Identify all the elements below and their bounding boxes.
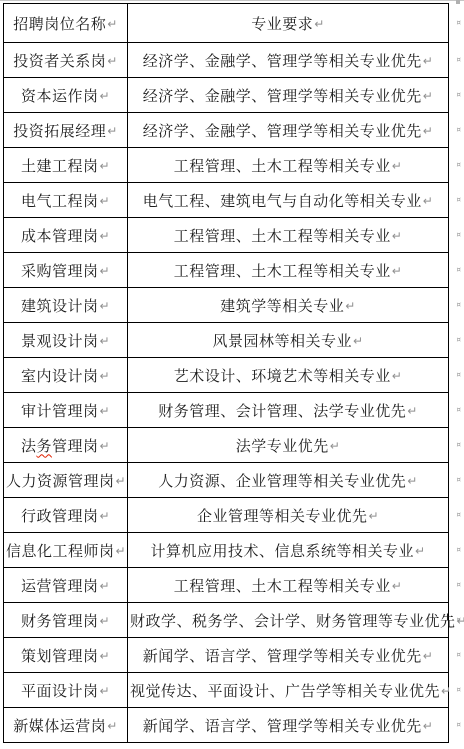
position-cell[interactable]: 法务管理岗↵	[4, 428, 128, 463]
requirement-text: 人力资源、企业管理等相关专业优先	[158, 474, 406, 490]
requirement-cell[interactable]: 工程管理、土木工程等相关专业↵¤	[128, 148, 449, 183]
requirement-cell[interactable]: 经济学、金融学、管理学等相关专业优先↵¤	[128, 113, 449, 148]
row-end-mark-icon: ¤	[457, 616, 461, 624]
requirement-cell[interactable]: 工程管理、土木工程等相关专业↵¤	[128, 218, 449, 253]
position-text: 信息化工程师岗	[6, 544, 115, 560]
requirement-text: 视觉传达、平面设计、广告学等相关专业优先	[130, 684, 440, 700]
requirement-text: 风景园林等相关专业	[212, 334, 352, 350]
paragraph-mark-icon: ↵	[392, 264, 403, 278]
paragraph-mark-icon: ↵	[116, 474, 127, 488]
paragraph-mark-icon: ↵	[345, 299, 356, 313]
position-text-part: 管理岗	[52, 439, 99, 455]
position-cell[interactable]: 投资者关系岗↵	[4, 43, 128, 78]
paragraph-mark-icon: ↵	[423, 124, 434, 138]
paragraph-mark-icon: ↵	[392, 229, 403, 243]
position-text: 审计管理岗	[21, 404, 99, 420]
position-cell[interactable]: 行政管理岗↵	[4, 498, 128, 533]
position-cell[interactable]: 策划管理岗↵	[4, 638, 128, 673]
position-text: 室内设计岗	[21, 369, 99, 385]
requirement-text: 企业管理等相关专业优先	[197, 509, 368, 525]
row-end-mark-icon: ¤	[457, 511, 461, 519]
paragraph-mark-icon: ↵	[107, 54, 118, 68]
requirement-text: 新闻学、语言学、管理学等相关专业优先	[143, 649, 422, 665]
row-end-mark-icon	[456, 0, 460, 4]
requirement-text: 经济学、金融学、管理学等相关专业优先	[143, 124, 422, 140]
position-text: 成本管理岗	[21, 229, 99, 245]
row-end-mark-icon: ¤	[457, 476, 461, 484]
paragraph-mark-icon: ↵	[423, 194, 434, 208]
page-top-rule	[0, 0, 464, 1]
row-end-mark-icon: ¤	[457, 546, 461, 554]
position-cell[interactable]: 资本运作岗↵	[4, 78, 128, 113]
paragraph-mark-icon: ↵	[99, 264, 110, 278]
paragraph-mark-icon: ↵	[99, 159, 110, 173]
paragraph-mark-icon: ↵	[99, 404, 110, 418]
paragraph-mark-icon: ↵	[415, 544, 426, 558]
table-row: 景观设计岗↵ 风景园林等相关专业↵¤	[4, 323, 449, 358]
position-cell[interactable]: 投资拓展经理↵	[4, 113, 128, 148]
position-text: 人力资源管理岗	[6, 474, 115, 490]
paragraph-mark-icon: ↵	[368, 509, 379, 523]
requirement-cell[interactable]: 财政学、税务学、会计学、财务管理等专业优先↵¤	[128, 603, 449, 638]
requirement-text: 工程管理、土木工程等相关专业	[174, 229, 391, 245]
requirement-text: 艺术设计、环境艺术等相关专业	[174, 369, 391, 385]
requirement-cell[interactable]: 企业管理等相关专业优先↵¤	[128, 498, 449, 533]
table-row: 运营管理岗↵ 工程管理、土木工程等相关专业↵¤	[4, 568, 449, 603]
requirement-cell[interactable]: 工程管理、土木工程等相关专业↵¤	[128, 568, 449, 603]
row-end-mark-icon: ¤	[457, 161, 461, 169]
row-end-mark-icon: ¤	[457, 91, 461, 99]
requirement-cell[interactable]: 工程管理、土木工程等相关专业↵¤	[128, 253, 449, 288]
requirement-cell[interactable]: 经济学、金融学、管理学等相关专业优先↵¤	[128, 78, 449, 113]
table-row: 审计管理岗↵ 财务管理、会计管理、法学专业优先↵¤	[4, 393, 449, 428]
table-row: 投资拓展经理↵ 经济学、金融学、管理学等相关专业优先↵¤	[4, 113, 449, 148]
table-row: 财务管理岗↵ 财政学、税务学、会计学、财务管理等专业优先↵¤	[4, 603, 449, 638]
position-text: 电气工程岗	[21, 194, 99, 210]
table-row: 土建工程岗↵ 工程管理、土木工程等相关专业↵¤	[4, 148, 449, 183]
row-end-mark-icon: ¤	[457, 721, 461, 729]
requirement-cell[interactable]: 经济学、金融学、管理学等相关专业优先↵¤	[128, 43, 449, 78]
paragraph-mark-icon: ↵	[99, 369, 110, 383]
position-text: 建筑设计岗	[21, 299, 99, 315]
table-row: 采购管理岗↵ 工程管理、土木工程等相关专业↵¤	[4, 253, 449, 288]
paragraph-mark-icon: ↵	[99, 684, 110, 698]
paragraph-mark-icon: ↵	[107, 17, 118, 31]
requirement-cell[interactable]: 人力资源、企业管理等相关专业优先↵¤	[128, 463, 449, 498]
paragraph-mark-icon: ↵	[314, 17, 325, 31]
requirement-text: 法学专业优先	[236, 439, 329, 455]
table-row: 人力资源管理岗↵ 人力资源、企业管理等相关专业优先↵¤	[4, 463, 449, 498]
paragraph-mark-icon: ↵	[99, 89, 110, 103]
position-text: 资本运作岗	[21, 89, 99, 105]
requirement-text: 经济学、金融学、管理学等相关专业优先	[143, 54, 422, 70]
requirement-text: 工程管理、土木工程等相关专业	[174, 579, 391, 595]
paragraph-mark-icon: ↵	[423, 719, 434, 733]
position-text: 平面设计岗	[21, 684, 99, 700]
row-end-mark-icon: ¤	[457, 56, 461, 64]
requirement-text: 工程管理、土木工程等相关专业	[174, 159, 391, 175]
position-cell[interactable]: 电气工程岗↵	[4, 183, 128, 218]
position-text: 采购管理岗	[21, 264, 99, 280]
paragraph-mark-icon: ↵	[441, 684, 452, 698]
row-end-mark-icon: ¤	[457, 686, 461, 694]
requirement-text: 电气工程、建筑电气与自动化等相关专业	[143, 194, 422, 210]
position-cell[interactable]: 运营管理岗↵	[4, 568, 128, 603]
position-cell[interactable]: 成本管理岗↵	[4, 218, 128, 253]
requirement-text: 财政学、税务学、会计学、财务管理等专业优先	[130, 614, 456, 630]
requirement-cell[interactable]: 艺术设计、环境艺术等相关专业↵¤	[128, 358, 449, 393]
paragraph-mark-icon: ↵	[99, 579, 110, 593]
position-cell[interactable]: 建筑设计岗↵	[4, 288, 128, 323]
table-row: 策划管理岗↵ 新闻学、语言学、管理学等相关专业优先↵¤	[4, 638, 449, 673]
paragraph-mark-icon: ↵	[392, 369, 403, 383]
row-end-mark-icon: ¤	[457, 19, 461, 27]
position-cell[interactable]: 财务管理岗↵	[4, 603, 128, 638]
table-row: 电气工程岗↵ 电气工程、建筑电气与自动化等相关专业↵¤	[4, 183, 449, 218]
position-text: 行政管理岗	[21, 509, 99, 525]
position-cell[interactable]: 人力资源管理岗↵	[4, 463, 128, 498]
paragraph-mark-icon: ↵	[392, 159, 403, 173]
position-text: 土建工程岗	[21, 159, 99, 175]
position-text: 运营管理岗	[21, 579, 99, 595]
row-end-mark-icon: ¤	[457, 126, 461, 134]
requirement-text: 工程管理、土木工程等相关专业	[174, 264, 391, 280]
row-end-mark-icon: ¤	[457, 336, 461, 344]
table-row: 成本管理岗↵ 工程管理、土木工程等相关专业↵¤	[4, 218, 449, 253]
requirement-cell[interactable]: 法学专业优先↵¤	[128, 428, 449, 463]
position-cell[interactable]: 审计管理岗↵	[4, 393, 128, 428]
requirement-cell[interactable]: 新闻学、语言学、管理学等相关专业优先↵¤	[128, 708, 449, 743]
paragraph-mark-icon: ↵	[107, 124, 118, 138]
table-row: 建筑设计岗↵ 建筑学等相关专业↵¤	[4, 288, 449, 323]
table-row: 室内设计岗↵ 艺术设计、环境艺术等相关专业↵¤	[4, 358, 449, 393]
row-end-mark-icon: ¤	[457, 406, 461, 414]
row-end-mark-icon: ¤	[457, 266, 461, 274]
position-cell[interactable]: 平面设计岗↵	[4, 673, 128, 708]
requirement-cell[interactable]: 财务管理、会计管理、法学专业优先↵¤	[128, 393, 449, 428]
requirement-cell[interactable]: 建筑学等相关专业↵¤	[128, 288, 449, 323]
paragraph-mark-icon: ↵	[99, 194, 110, 208]
table-row: 行政管理岗↵ 企业管理等相关专业优先↵¤	[4, 498, 449, 533]
paragraph-mark-icon: ↵	[407, 404, 418, 418]
requirement-cell[interactable]: 风景园林等相关专业↵¤	[128, 323, 449, 358]
position-cell[interactable]: 信息化工程师岗↵	[4, 533, 128, 568]
paragraph-mark-icon: ↵	[99, 334, 110, 348]
position-text: 景观设计岗	[21, 334, 99, 350]
header-requirement-label: 专业要求	[251, 17, 313, 33]
position-cell[interactable]: 采购管理岗↵	[4, 253, 128, 288]
paragraph-mark-icon: ↵	[99, 509, 110, 523]
row-end-mark-icon: ¤	[457, 231, 461, 239]
paragraph-mark-icon: ↵	[423, 89, 434, 103]
requirement-text: 新闻学、语言学、管理学等相关专业优先	[143, 719, 422, 735]
paragraph-mark-icon: ↵	[330, 439, 341, 453]
table-row: 新媒体运营岗↵ 新闻学、语言学、管理学等相关专业优先↵¤	[4, 708, 449, 743]
requirement-cell[interactable]: 计算机应用技术、信息系统等相关专业↵¤	[128, 533, 449, 568]
paragraph-mark-icon: ↵	[99, 299, 110, 313]
table-body: 投资者关系岗↵ 经济学、金融学、管理学等相关专业优先↵¤ 资本运作岗↵ 经济学、…	[4, 43, 449, 743]
requirement-text: 财务管理、会计管理、法学专业优先	[158, 404, 406, 420]
paragraph-mark-icon: ↵	[423, 649, 434, 663]
row-end-mark-icon: ¤	[457, 301, 461, 309]
row-end-mark-icon: ¤	[457, 581, 461, 589]
position-text-part: 法	[21, 439, 37, 455]
paragraph-mark-icon: ↵	[392, 579, 403, 593]
position-cell[interactable]: 新媒体运营岗↵	[4, 708, 128, 743]
paragraph-mark-icon: ↵	[423, 54, 434, 68]
paragraph-mark-icon: ↵	[107, 719, 118, 733]
table-header-row: 招聘岗位名称↵ 专业要求↵¤	[4, 4, 449, 43]
row-end-mark-icon: ¤	[457, 371, 461, 379]
paragraph-mark-icon: ↵	[99, 614, 110, 628]
paragraph-mark-icon: ↵	[99, 229, 110, 243]
paragraph-mark-icon: ↵	[407, 474, 418, 488]
requirement-text: 计算机应用技术、信息系统等相关专业	[150, 544, 414, 560]
row-end-mark-icon: ¤	[457, 196, 461, 204]
misspelled-text: 务	[36, 439, 52, 455]
paragraph-mark-icon: ↵	[99, 439, 110, 453]
position-text: 策划管理岗	[21, 649, 99, 665]
requirement-text: 建筑学等相关专业	[220, 299, 344, 315]
header-requirement-cell[interactable]: 专业要求↵¤	[128, 4, 449, 43]
table-row: 信息化工程师岗↵ 计算机应用技术、信息系统等相关专业↵¤	[4, 533, 449, 568]
requirement-cell[interactable]: 新闻学、语言学、管理学等相关专业优先↵¤	[128, 638, 449, 673]
position-text: 法务管理岗	[21, 439, 99, 455]
position-cell[interactable]: 室内设计岗↵	[4, 358, 128, 393]
table-row: 投资者关系岗↵ 经济学、金融学、管理学等相关专业优先↵¤	[4, 43, 449, 78]
table-row: 平面设计岗↵ 视觉传达、平面设计、广告学等相关专业优先↵¤	[4, 673, 449, 708]
table-row: 法务管理岗↵ 法学专业优先↵¤	[4, 428, 449, 463]
recruitment-positions-table: 招聘岗位名称↵ 专业要求↵¤ 投资者关系岗↵ 经济学、金融学、管理学等相关专业优…	[3, 3, 449, 743]
table-row: 资本运作岗↵ 经济学、金融学、管理学等相关专业优先↵¤	[4, 78, 449, 113]
paragraph-mark-icon: ↵	[99, 649, 110, 663]
row-end-mark-icon: ¤	[457, 651, 461, 659]
requirement-text: 经济学、金融学、管理学等相关专业优先	[143, 89, 422, 105]
header-position-cell[interactable]: 招聘岗位名称↵	[4, 4, 128, 43]
position-text: 财务管理岗	[21, 614, 99, 630]
position-text: 新媒体运营岗	[13, 719, 106, 735]
requirement-cell[interactable]: 电气工程、建筑电气与自动化等相关专业↵¤	[128, 183, 449, 218]
paragraph-mark-icon: ↵	[116, 544, 127, 558]
position-text: 投资拓展经理	[13, 124, 106, 140]
header-position-label: 招聘岗位名称	[13, 17, 106, 33]
paragraph-mark-icon: ↵	[353, 334, 364, 348]
requirement-cell[interactable]: 视觉传达、平面设计、广告学等相关专业优先↵¤	[128, 673, 449, 708]
row-end-mark-icon: ¤	[457, 441, 461, 449]
position-text: 投资者关系岗	[13, 54, 106, 70]
position-cell[interactable]: 土建工程岗↵	[4, 148, 128, 183]
position-cell[interactable]: 景观设计岗↵	[4, 323, 128, 358]
